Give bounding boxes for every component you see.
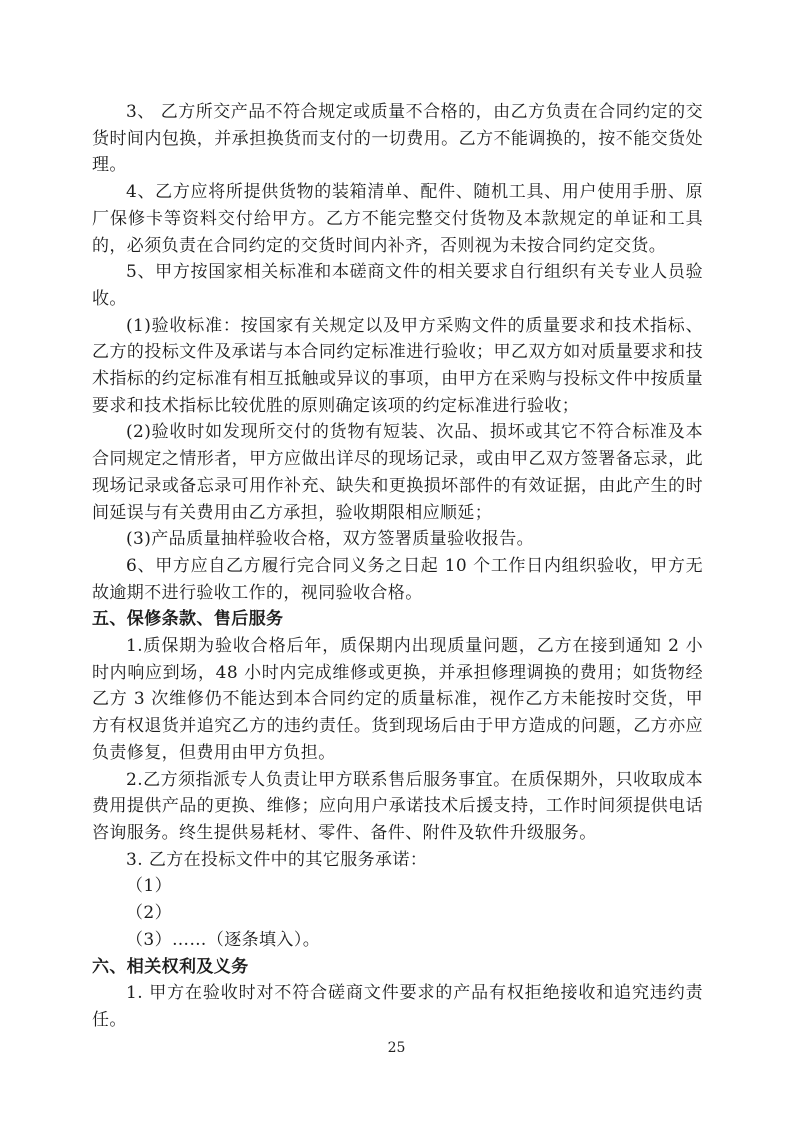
paragraph-rights-1: 1. 甲方在验收时对不符合磋商文件要求的产品有权拒绝接收和追究违约责任。 — [92, 980, 703, 1033]
paragraph-item-6: 6、甲方应自乙方履行完合同义务之日起 10 个工作日内组织验收，甲方无故逾期不进… — [92, 553, 703, 606]
page-number: 25 — [0, 1040, 793, 1056]
section-heading-rights: 六、相关权利及义务 — [92, 954, 703, 981]
document-content: 3、 乙方所交产品不符合规定或质量不合格的，由乙方负责在合同约定的交货时间内包换… — [92, 99, 703, 1034]
paragraph-acceptance-2: (2)验收时如发现所交付的货物有短装、次品、损坏或其它不符合标准及本合同规定之情… — [92, 419, 703, 526]
paragraph-acceptance-3: (3)产品质量抽样验收合格，双方签署质量验收报告。 — [92, 526, 703, 553]
paragraph-item-3: 3、 乙方所交产品不符合规定或质量不合格的，由乙方负责在合同约定的交货时间内包换… — [92, 99, 703, 179]
paragraph-acceptance-1: (1)验收标准：按国家有关规定以及甲方采购文件的质量要求和技术指标、乙方的投标文… — [92, 313, 703, 420]
paragraph-warranty-2: 2.乙方须指派专人负责让甲方联系售后服务事宜。在质保期外，只收取成本费用提供产品… — [92, 767, 703, 847]
paragraph-item-4: 4、乙方应将所提供货物的装箱清单、配件、随机工具、用户使用手册、原厂保修卡等资料… — [92, 179, 703, 259]
paragraph-warranty-1: 1.质保期为验收合格后年，质保期内出现质量问题，乙方在接到通知 2 小时内响应到… — [92, 633, 703, 767]
list-item-blank-1: （1） — [92, 873, 703, 900]
document-page: 3、 乙方所交产品不符合规定或质量不合格的，由乙方负责在合同约定的交货时间内包换… — [0, 0, 793, 1122]
list-item-blank-2: （2） — [92, 900, 703, 927]
paragraph-item-5: 5、甲方按国家相关标准和本磋商文件的相关要求自行组织有关专业人员验收。 — [92, 259, 703, 312]
section-heading-warranty: 五、保修条款、售后服务 — [92, 606, 703, 633]
list-item-blank-3: （3）……（逐条填入）。 — [92, 927, 703, 954]
paragraph-warranty-3: 3. 乙方在投标文件中的其它服务承诺： — [92, 847, 703, 874]
